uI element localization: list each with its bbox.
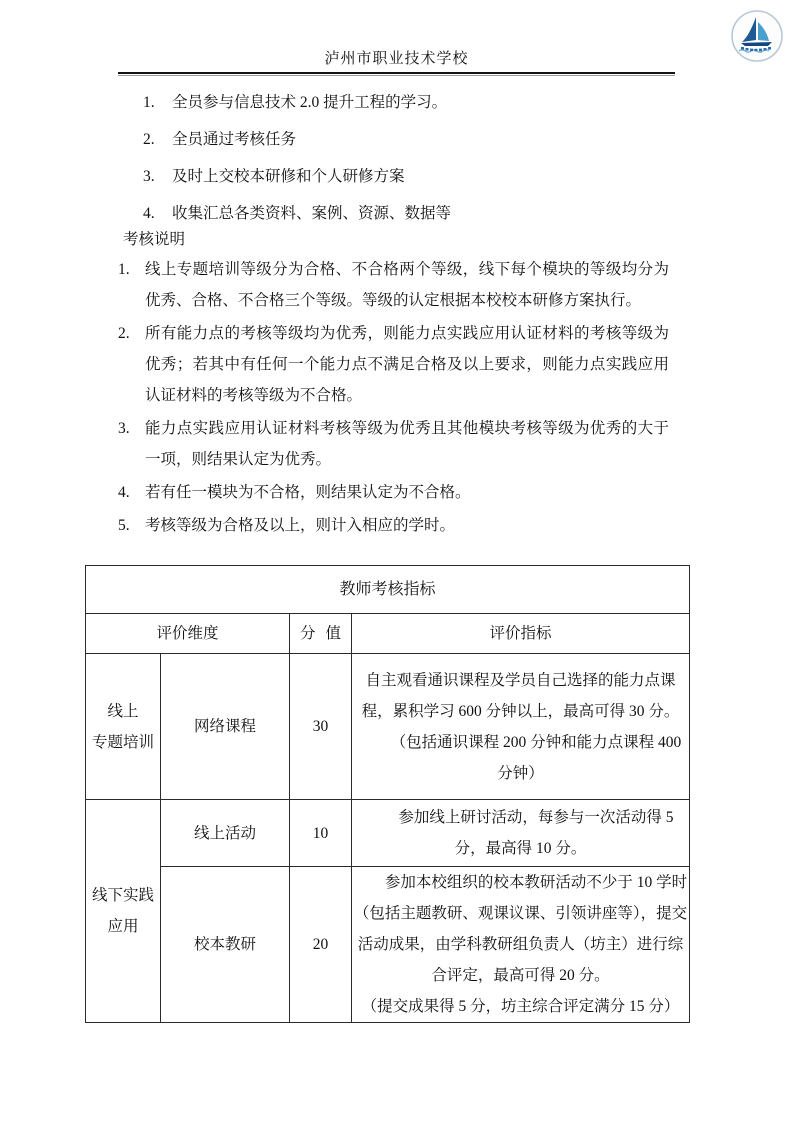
item-number: 3. [118, 413, 145, 444]
note-item: 1.线上专题培训等级分为合格、不合格两个等级，线下每个模块的等级均分为优秀、合格… [118, 254, 669, 316]
item-number: 5. [118, 510, 145, 541]
requirements-list: 1.全员参与信息技术 2.0 提升工程的学习。 2.全员通过考核任务 3.及时上… [143, 84, 683, 232]
note-item: 5.考核等级为合格及以上，则计入相应的学时。 [118, 510, 669, 541]
indicator-paragraph: （提交成果得 5 分，坊主综合评定满分 15 分） [352, 991, 689, 1022]
group-label-line: 专题培训 [86, 727, 160, 758]
table-title-row: 教师考核指标 [86, 566, 690, 614]
teacher-assessment-table: 教师考核指标 评价维度 分值 评价指标 线上 专题培训 网络课程 30 自主观看… [85, 565, 690, 1023]
column-header-score: 分值 [290, 614, 352, 654]
assessment-notes-list: 1.线上专题培训等级分为合格、不合格两个等级，线下每个模块的等级均分为优秀、合格… [118, 254, 669, 543]
sailboat-icon [729, 8, 785, 64]
table-header-row: 评价维度 分值 评价指标 [86, 614, 690, 654]
indicator-cell: 参加本校组织的校本教研活动不少于 10 学时（包括主题教研、观课议课、引领讲座等… [352, 867, 690, 1023]
section-heading: 考核说明 [123, 228, 185, 251]
module-cell: 校本教研 [161, 867, 290, 1023]
page-header-school-name: 泸州市职业技术学校 [0, 49, 793, 70]
score-cell: 10 [290, 800, 352, 867]
column-header-dimension: 评价维度 [86, 614, 290, 654]
table-title: 教师考核指标 [86, 566, 690, 614]
item-number: 3. [143, 158, 172, 195]
item-number: 4. [143, 195, 172, 232]
item-text: 全员通过考核任务 [172, 131, 296, 148]
item-text: 及时上交校本研修和个人研修方案 [172, 168, 405, 185]
dimension-group-offline-practice: 线下实践 应用 [86, 800, 161, 1023]
column-header-indicator: 评价指标 [352, 614, 690, 654]
item-number: 2. [118, 318, 145, 349]
item-text: 能力点实践应用认证材料考核等级为优秀且其他模块考核等级为优秀的大于一项，则结果认… [145, 420, 669, 468]
item-number: 4. [118, 477, 145, 508]
dimension-group-online-training: 线上 专题培训 [86, 654, 161, 800]
item-text: 若有任一模块为不合格，则结果认定为不合格。 [145, 484, 471, 501]
item-text: 全员参与信息技术 2.0 提升工程的学习。 [172, 94, 447, 111]
school-logo [729, 8, 785, 64]
item-text: 收集汇总各类资料、案例、资源、数据等 [172, 205, 451, 222]
indicator-paragraph: 参加线上研讨活动，每参与一次活动得 5 分，最高得 10 分。 [352, 802, 689, 864]
indicator-cell: 自主观看通识课程及学员自己选择的能力点课程，累积学习 600 分钟以上，最高可得… [352, 654, 690, 800]
note-item: 4.若有任一模块为不合格，则结果认定为不合格。 [118, 477, 669, 508]
group-label-line: 线上 [86, 696, 160, 727]
item-text: 线上专题培训等级分为合格、不合格两个等级，线下每个模块的等级均分为优秀、合格、不… [145, 261, 669, 309]
list-item: 3.及时上交校本研修和个人研修方案 [143, 158, 683, 195]
score-cell: 30 [290, 654, 352, 800]
list-item: 4.收集汇总各类资料、案例、资源、数据等 [143, 195, 683, 232]
table-row: 校本教研 20 参加本校组织的校本教研活动不少于 10 学时（包括主题教研、观课… [86, 867, 690, 1023]
group-label-line: 线下实践 [86, 880, 160, 911]
indicator-cell: 参加线上研讨活动，每参与一次活动得 5 分，最高得 10 分。 [352, 800, 690, 867]
list-item: 2.全员通过考核任务 [143, 121, 683, 158]
indicator-paragraph: （包括通识课程 200 分钟和能力点课程 400 分钟） [352, 727, 689, 789]
list-item: 1.全员参与信息技术 2.0 提升工程的学习。 [143, 84, 683, 121]
group-label-line: 应用 [86, 911, 160, 942]
table-row: 线下实践 应用 线上活动 10 参加线上研讨活动，每参与一次活动得 5 分，最高… [86, 800, 690, 867]
header-divider [118, 72, 675, 76]
item-number: 1. [143, 84, 172, 121]
item-number: 1. [118, 254, 145, 285]
item-text: 考核等级为合格及以上，则计入相应的学时。 [145, 517, 455, 534]
module-cell: 网络课程 [161, 654, 290, 800]
note-item: 3.能力点实践应用认证材料考核等级为优秀且其他模块考核等级为优秀的大于一项，则结… [118, 413, 669, 475]
score-cell: 20 [290, 867, 352, 1023]
item-text: 所有能力点的考核等级均为优秀，则能力点实践应用认证材料的考核等级为优秀；若其中有… [145, 325, 669, 404]
indicator-paragraph: 自主观看通识课程及学员自己选择的能力点课程，累积学习 600 分钟以上，最高可得… [352, 665, 689, 727]
note-item: 2.所有能力点的考核等级均为优秀，则能力点实践应用认证材料的考核等级为优秀；若其… [118, 318, 669, 411]
item-number: 2. [143, 121, 172, 158]
module-cell: 线上活动 [161, 800, 290, 867]
table-row: 线上 专题培训 网络课程 30 自主观看通识课程及学员自己选择的能力点课程，累积… [86, 654, 690, 800]
document-page: 泸州市职业技术学校 1.全员参与信息技术 2.0 提升工程的学习。 [0, 0, 793, 1122]
indicator-paragraph: 参加本校组织的校本教研活动不少于 10 学时（包括主题教研、观课议课、引领讲座等… [352, 867, 689, 991]
